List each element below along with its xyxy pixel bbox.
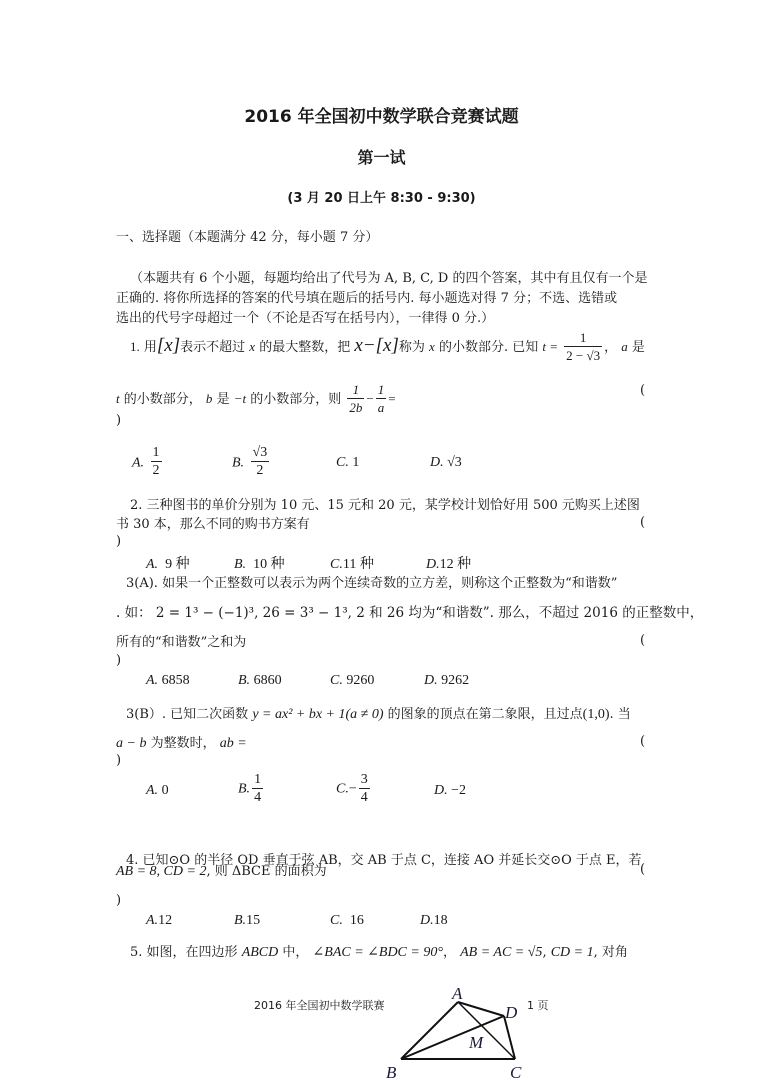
q3b-option-c[interactable]: C.−34: [336, 772, 372, 807]
q3b-option-a[interactable]: A. 0: [146, 783, 169, 799]
expr-fraction-1: 12b: [347, 382, 364, 417]
q1-option-b[interactable]: B. √32: [232, 445, 271, 480]
document-title: 2016 年全国初中数学联合竞赛试题: [0, 102, 763, 127]
question-3b-line-1: 3(B）. 已知二次函数 y = ax² + bx + 1(a ≠ 0) 的图象…: [126, 705, 631, 725]
vertex-label-d: D: [504, 1003, 518, 1022]
question-1-line-2: t 的小数部分， b 是 −t 的小数部分，则 12b−1a=: [116, 382, 396, 417]
q1-option-c[interactable]: C. 1: [336, 455, 359, 471]
exam-time: (3 月 20 日上午 8:30 - 9:30): [0, 187, 763, 206]
q3a-option-c[interactable]: C. 9260: [330, 673, 374, 689]
figure-lines: [401, 1002, 515, 1059]
answer-paren-close-3b: ): [116, 753, 121, 768]
floor-notation: [x]: [157, 335, 180, 356]
answer-paren-open-1: (: [640, 383, 645, 398]
footer-text: 2016 年全国初中数学联赛: [254, 997, 385, 1013]
fractional-part-expr: x−[x]: [354, 335, 398, 356]
answer-paren-close-1: ): [116, 413, 121, 428]
q4-option-b[interactable]: B.15: [234, 913, 260, 929]
q1-option-d[interactable]: D. √3: [430, 455, 462, 471]
question-3a-line-3: 所有的“和谐数”之和为: [116, 633, 246, 653]
question-3a-line-2: . 如： 2 = 1³ − (−1)³, 26 = 3³ − 1³, 2 和 2…: [116, 603, 703, 623]
question-5-line-1: 5. 如图，在四边形 ABCD 中， ∠BAC = ∠BDC = 90°， AB…: [130, 943, 628, 963]
q2-option-c[interactable]: C.11 种: [330, 553, 374, 573]
q4-option-c[interactable]: C. 16: [330, 913, 364, 929]
answer-paren-close-3a: ): [116, 653, 121, 668]
instructions-line-3: 选出的代号字母超过一个（不论是否写在括号内），一律得 0 分.）: [116, 309, 494, 329]
question-1-line-1: 1. 用[x]表示不超过 x 的最大整数，把 x−[x]称为 x 的小数部分. …: [130, 330, 645, 365]
q3a-option-b[interactable]: B. 6860: [238, 673, 282, 689]
vertex-label-b: B: [386, 1063, 397, 1080]
q3b-option-d[interactable]: D. −2: [434, 783, 466, 799]
answer-paren-close-4: ): [116, 893, 121, 908]
answer-paren-open-2: (: [640, 515, 645, 530]
question-2-line-2: 书 30 本，那么不同的购书方案有: [116, 515, 310, 535]
vertex-label-a: A: [451, 984, 463, 1003]
document-subtitle: 第一试: [0, 145, 763, 168]
answer-paren-open-4: (: [640, 862, 645, 877]
q4-option-a[interactable]: A.12: [146, 913, 172, 929]
question-3b-line-2: a − b 为整数时， ab =: [116, 734, 247, 754]
question-2-line-1: 2. 三种图书的单价分别为 10 元、15 元和 20 元，某学校计划恰好用 5…: [130, 496, 640, 516]
instructions-line-1: （本题共有 6 个小题，每题均给出了代号为 A, B, C, D 的四个答案，其…: [130, 269, 647, 289]
answer-paren-close-2: ): [116, 534, 121, 549]
question-4-line-2: AB = 8, CD = 2, 则 ΔBCE 的面积为: [116, 862, 327, 882]
q2-option-b[interactable]: B. 10 种: [234, 553, 285, 573]
q3b-option-b[interactable]: B.14: [238, 772, 265, 807]
answer-paren-open-3b: (: [640, 734, 645, 749]
q4-option-d[interactable]: D.18: [420, 913, 448, 929]
question-3a-line-1: 3(A). 如果一个正整数可以表示为两个连续奇数的立方差，则称这个正整数为“和谐…: [126, 574, 617, 594]
answer-paren-open-3a: (: [640, 633, 645, 648]
expr-fraction-2: 1a: [376, 382, 387, 417]
vertex-label-c: C: [510, 1063, 522, 1080]
q3a-option-a[interactable]: A. 6858: [146, 673, 190, 689]
q1-option-a[interactable]: A. 12: [132, 445, 164, 480]
quadrilateral-figure: A D B C M: [380, 980, 550, 1080]
q3a-option-d[interactable]: D. 9262: [424, 673, 469, 689]
q2-option-d[interactable]: D.12 种: [426, 553, 471, 573]
t-fraction: 12 − √3: [564, 330, 602, 365]
q2-option-a[interactable]: A. 9 种: [146, 553, 190, 573]
point-label-m: M: [468, 1033, 484, 1052]
instructions-line-2: 正确的. 将你所选择的答案的代号填在题后的括号内. 每小题选对得 7 分；不选、…: [116, 289, 617, 309]
section-heading: 一、选择题（本题满分 42 分，每小题 7 分）: [116, 226, 378, 245]
